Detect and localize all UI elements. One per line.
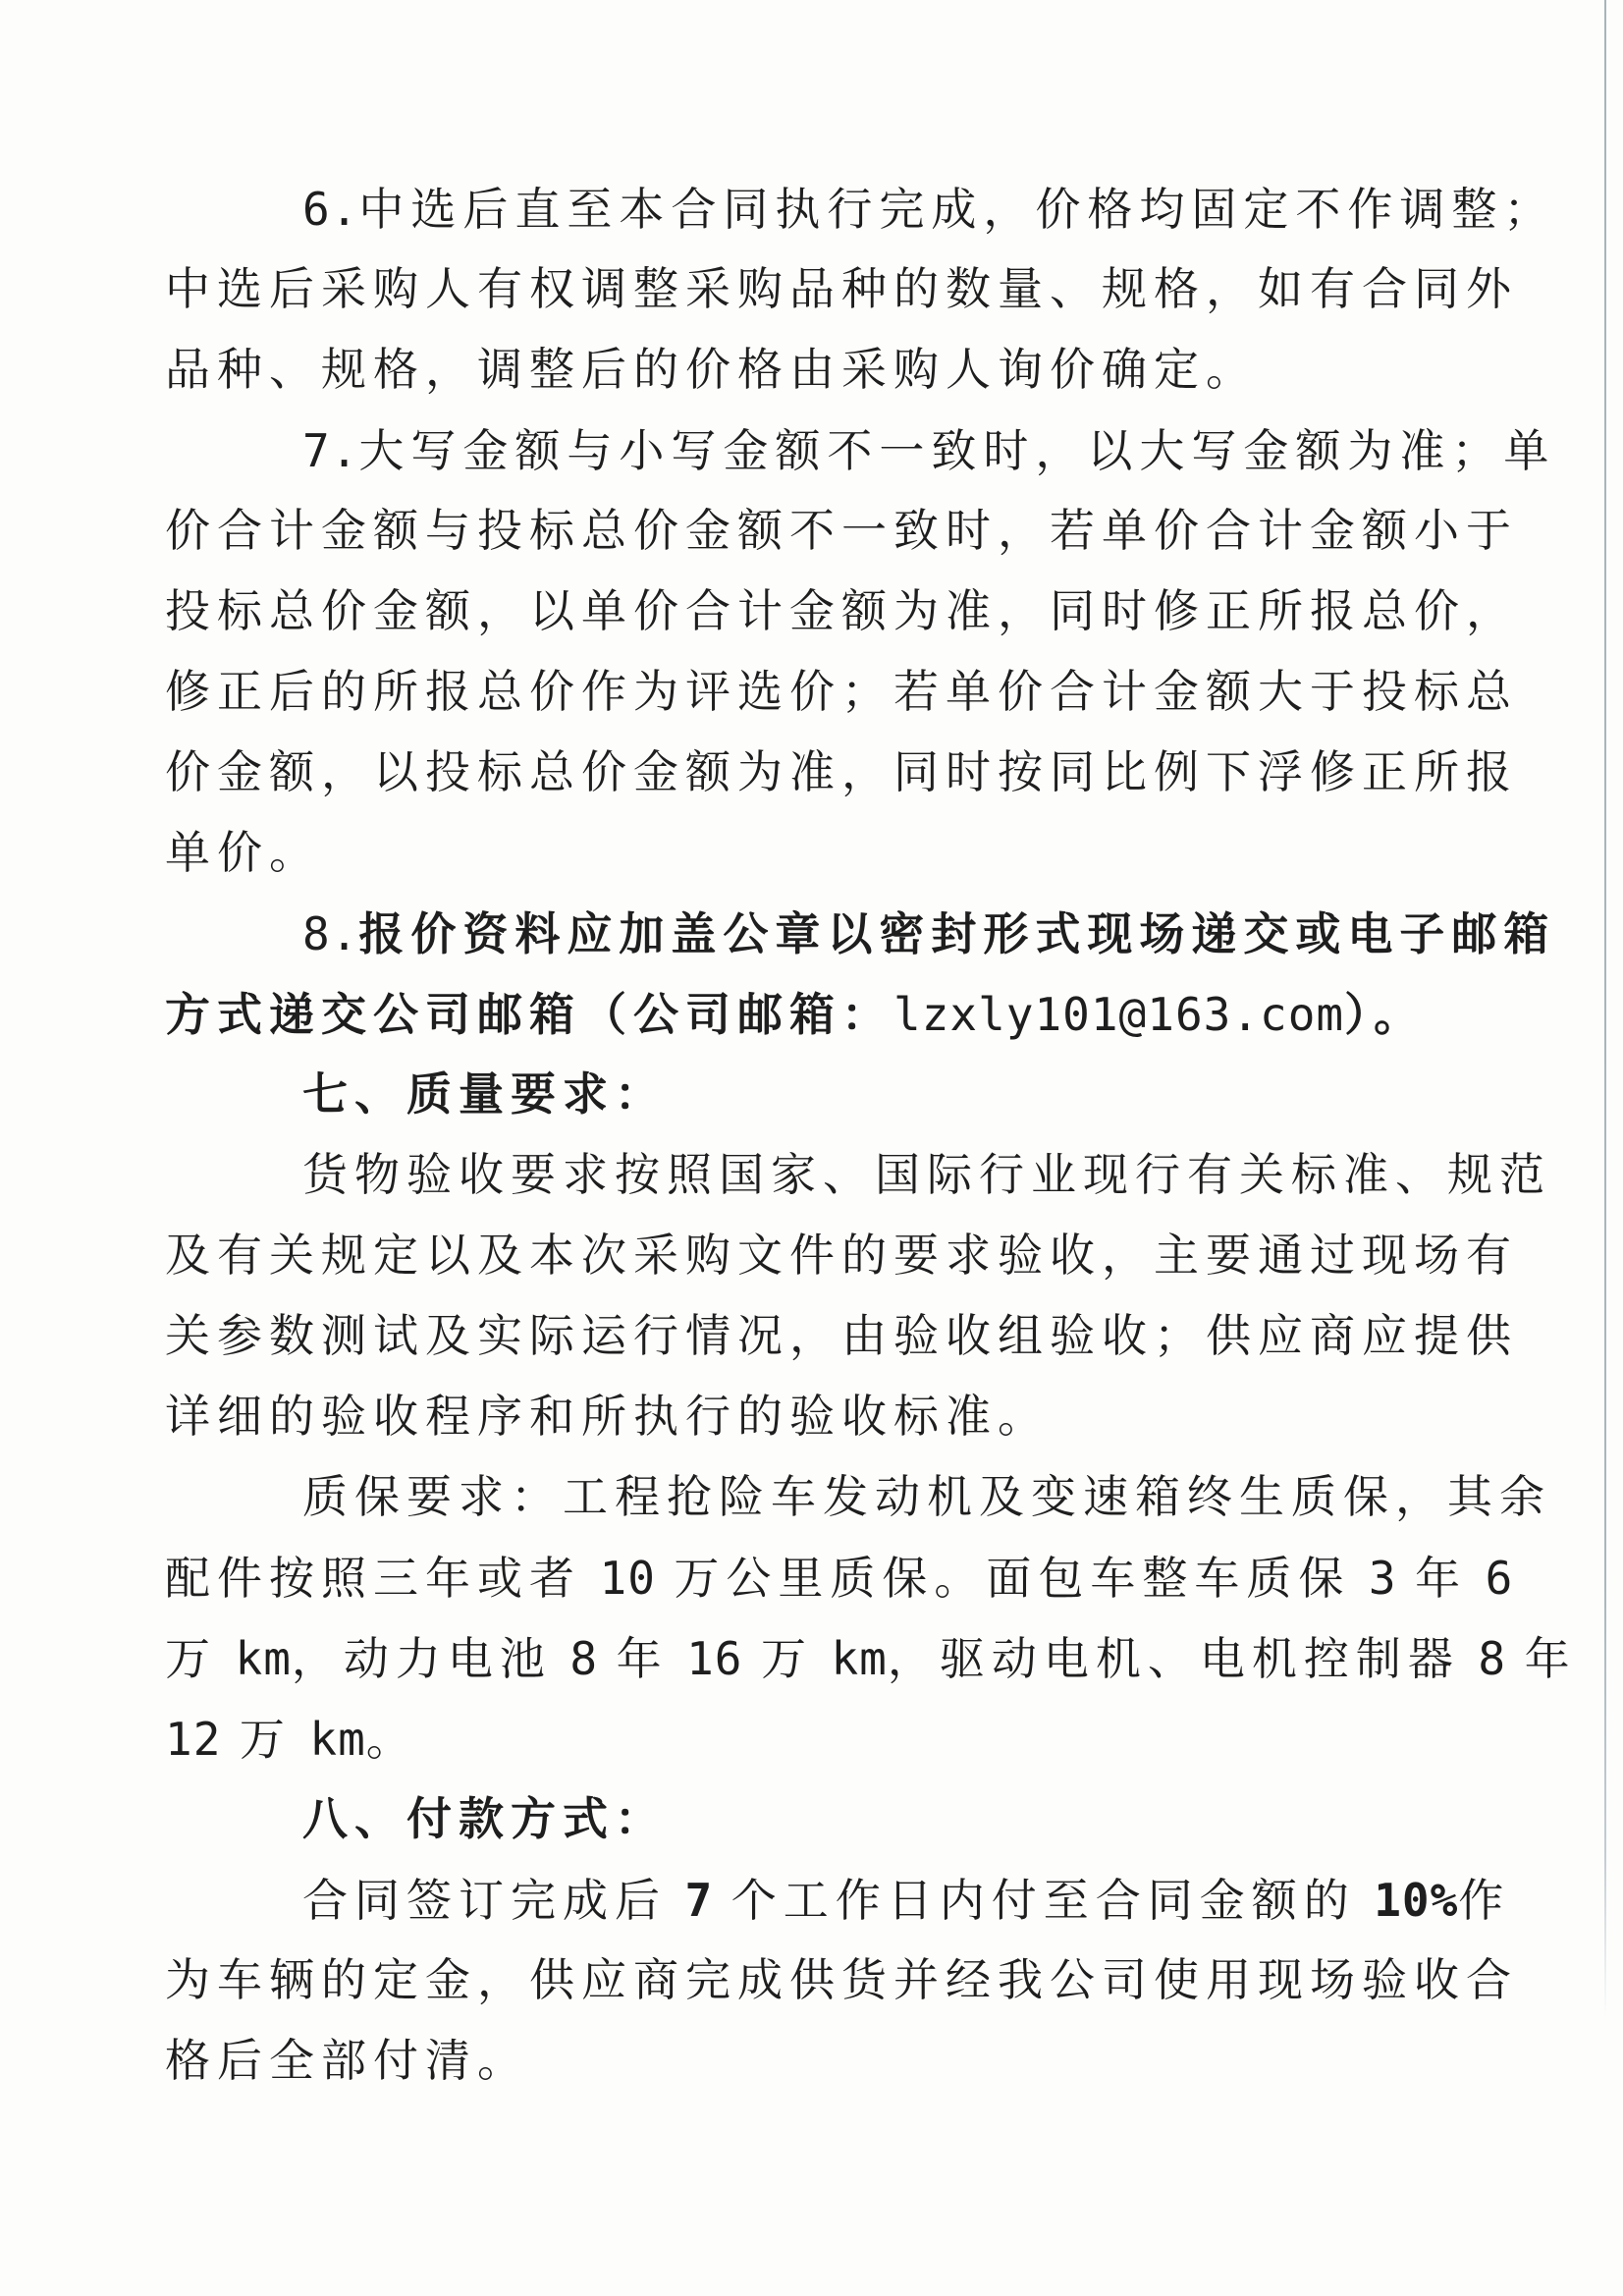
document-body: 6.中选后直至本合同执行完成，价格均固定不作调整；中选后采购人有权调整采购品种的… (165, 169, 1471, 2102)
latin-text-run: 8 (1478, 1632, 1506, 1685)
latin-text-run: 7. (302, 424, 358, 477)
cjk-text-run: 。 (366, 1715, 418, 1765)
text-line: 质保要求：工程抢险车发动机及变速箱终生质保，其余 (165, 1457, 1471, 1538)
text-line: 八、付款方式： (165, 1779, 1471, 1860)
latin-text-run: 10 (600, 1552, 656, 1605)
cjk-text-run: 价金额，以投标总价金额为准，同时按同比例下浮修正所报 (165, 747, 1518, 797)
cjk-text-run: 为车辆的定金，供应商完成供货并经我公司使用现场验收合 (165, 1955, 1518, 2005)
cjk-text-run: 格后全部付清。 (165, 2036, 529, 2086)
cjk-text-run: 年 (1397, 1554, 1486, 1604)
latin-text-run: 10% (1374, 1874, 1458, 1927)
text-line: 中选后采购人有权调整采购品种的数量、规格，如有合同外 (165, 249, 1471, 330)
cjk-text-run: 中选后采购人有权调整采购品种的数量、规格，如有合同外 (165, 264, 1518, 314)
text-line: 价合计金额与投标总价金额不一致时，若单价合计金额小于 (165, 491, 1471, 572)
cjk-text-run: 修正后的所报总价作为评选价；若单价合计金额大于投标总 (165, 667, 1518, 717)
text-line: 投标总价金额，以单价合计金额为准，同时修正所报总价， (165, 572, 1471, 652)
cjk-text-run: 个工作日内付至合同金额的 (713, 1876, 1374, 1926)
latin-text-run: 3 (1369, 1552, 1397, 1605)
cjk-text-run: ，动力电池 (292, 1634, 570, 1684)
scanned-document-page: 6.中选后直至本合同执行完成，价格均固定不作调整；中选后采购人有权调整采购品种的… (0, 0, 1623, 2296)
text-line: 单价。 (165, 813, 1471, 894)
latin-text-run: 8 (569, 1632, 598, 1685)
cjk-text-run: 投标总价金额，以单价合计金额为准，同时修正所报总价， (165, 586, 1518, 636)
latin-text-run: 7 (685, 1874, 714, 1927)
latin-text-run: km (236, 1632, 292, 1685)
scan-artifact-line (1604, 0, 1606, 2018)
text-line: 格后全部付清。 (165, 2021, 1471, 2102)
section-heading-payment: 八、付款方式： (302, 1794, 667, 1844)
cjk-text-run: 关参数测试及实际运行情况，由验收组验收；供应商应提供 (165, 1311, 1518, 1361)
cjk-text-run: 大写金额与小写金额不一致时，以大写金额为准；单 (358, 426, 1555, 476)
latin-text-run: 12 (165, 1713, 221, 1766)
cjk-text-run: 及有关规定以及本次采购文件的要求验收，主要通过现场有 (165, 1230, 1518, 1281)
text-line: 货物验收要求按照国家、国际行业现行有关标准、规范 (165, 1135, 1471, 1216)
text-line: 七、质量要求： (165, 1055, 1471, 1135)
text-line: 为车辆的定金，供应商完成供货并经我公司使用现场验收合 (165, 1941, 1471, 2021)
text-line: 关参数测试及实际运行情况，由验收组验收；供应商应提供 (165, 1296, 1471, 1377)
cjk-text-run: 详细的验收程序和所执行的验收标准。 (165, 1392, 1050, 1442)
text-line: 价金额，以投标总价金额为准，同时按同比例下浮修正所报 (165, 733, 1471, 813)
cjk-text-run: 年 (598, 1634, 686, 1684)
cjk-text-run: 万公里质保。面包车整车质保 (656, 1554, 1369, 1604)
cjk-text-run: 配件按照三年或者 (165, 1554, 600, 1604)
cjk-text-run: 价合计金额与投标总价金额不一致时，若单价合计金额小于 (165, 506, 1518, 556)
cjk-text-run: 品种、规格，调整后的价格由采购人询价确定。 (165, 345, 1258, 395)
cjk-text-run: 货物验收要求按照国家、国际行业现行有关标准、规范 (302, 1150, 1551, 1200)
section-heading-quality: 七、质量要求： (302, 1069, 667, 1120)
latin-text-run: 16 (686, 1632, 742, 1685)
text-line: 合同签订完成后 7 个工作日内付至合同金额的 10%作 (165, 1860, 1471, 1941)
text-line: 及有关规定以及本次采购文件的要求验收，主要通过现场有 (165, 1216, 1471, 1296)
cjk-text-run: 中选后直至本合同执行完成，价格均固定不作调整； (358, 185, 1555, 235)
cjk-text-run: 万 (165, 1634, 236, 1684)
cjk-text-run: 万 (742, 1634, 831, 1684)
text-line: 6.中选后直至本合同执行完成，价格均固定不作调整； (165, 169, 1471, 249)
cjk-text-run: 作 (1458, 1876, 1510, 1926)
text-line: 方式递交公司邮箱（公司邮箱：lzxly101@163.com）。 (165, 974, 1471, 1055)
latin-text-run: km (309, 1713, 365, 1766)
cjk-text-run: 单价。 (165, 828, 321, 878)
latin-text-run: km (831, 1632, 887, 1685)
text-line: 品种、规格，调整后的价格由采购人询价确定。 (165, 330, 1471, 410)
latin-text-run: 6. (302, 183, 358, 236)
latin-text-run: 6 (1486, 1552, 1514, 1605)
text-line: 配件按照三年或者 10 万公里质保。面包车整车质保 3 年 6 (165, 1538, 1471, 1618)
text-line: 修正后的所报总价作为评选价；若单价合计金额大于投标总 (165, 652, 1471, 733)
text-line: 12 万 km。 (165, 1699, 1471, 1779)
cjk-text-run: 报价资料应加盖公章以密封形式现场递交或电子邮箱 (358, 909, 1555, 959)
cjk-text-run: 合同签订完成后 (302, 1876, 685, 1926)
text-line: 万 km，动力电池 8 年 16 万 km，驱动电机、电机控制器 8 年 (165, 1618, 1471, 1699)
latin-text-run: 8. (302, 907, 358, 960)
cjk-text-run: 万 (221, 1715, 309, 1765)
text-line: 7.大写金额与小写金额不一致时，以大写金额为准；单 (165, 410, 1471, 491)
email-address: lzxly101@163.com (893, 988, 1344, 1041)
text-line: 详细的验收程序和所执行的验收标准。 (165, 1377, 1471, 1457)
text-line: 8.报价资料应加盖公章以密封形式现场递交或电子邮箱 (165, 894, 1471, 974)
cjk-text-run: 质保要求：工程抢险车发动机及变速箱终生质保，其余 (302, 1472, 1551, 1522)
cjk-text-run: 年 (1506, 1634, 1577, 1684)
cjk-text-run: ）。 (1344, 990, 1426, 1040)
cjk-text-run: 方式递交公司邮箱（公司邮箱： (165, 990, 893, 1040)
cjk-text-run: ，驱动电机、电机控制器 (888, 1634, 1479, 1684)
